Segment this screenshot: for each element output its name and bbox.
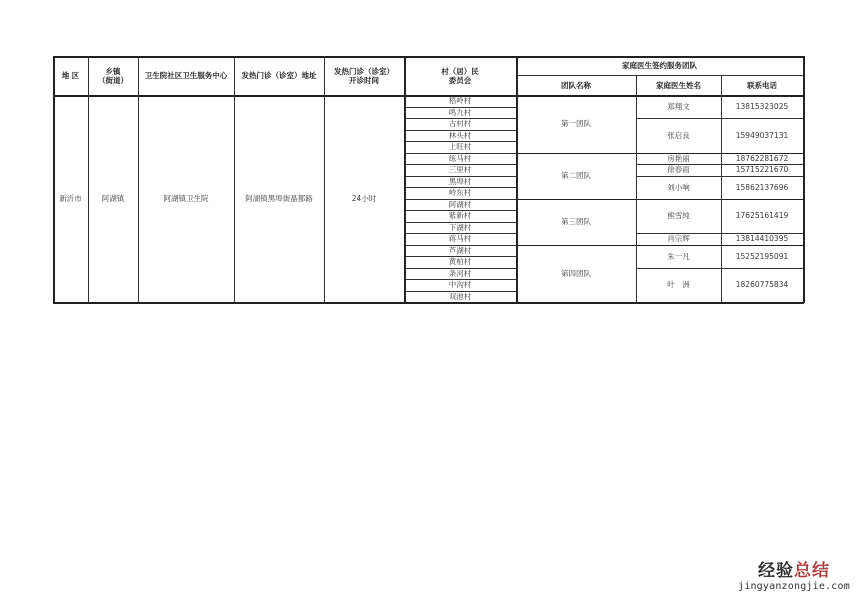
grid-line	[404, 187, 517, 188]
header-region: 地 区	[53, 56, 88, 95]
village-cell: 鸣九村	[404, 107, 516, 119]
header-team-name: 团队名称	[516, 75, 636, 95]
grid-line	[53, 302, 804, 304]
doctor-name-cell: 熊雪纯	[636, 199, 721, 234]
grid-line	[404, 153, 517, 154]
header-phone: 联系电话	[721, 75, 803, 95]
village-cell: 古村村	[404, 118, 516, 130]
doctor-phone-cell: 17625161419	[721, 199, 803, 234]
grid-line	[404, 291, 517, 292]
health-center-cell: 阿湖镇卫生院	[138, 95, 234, 302]
watermark: 经验总结 jingyanzongjie.com	[734, 561, 854, 592]
doctor-name-cell: 肖宗辉	[636, 233, 721, 245]
header-clinic-address: 发热门诊（诊室）地址	[234, 56, 324, 95]
header-health-center: 卫生院社区卫生服务中心	[138, 56, 234, 95]
team-name-cell: 第三团队	[516, 199, 636, 245]
doctor-phone-cell: 13814410395	[721, 233, 803, 245]
header-village: 村（居）民 委员会	[404, 56, 516, 95]
village-cell: 双池村	[404, 291, 516, 303]
grid-line	[53, 95, 804, 97]
grid-line	[404, 268, 517, 269]
doctor-phone-cell: 15949037131	[721, 118, 803, 153]
grid-line	[404, 107, 517, 108]
grid-line	[53, 56, 804, 58]
clinic-hours-cell: 24小时	[324, 95, 404, 302]
clinic-address-cell: 阿湖镇黑埠街晶都路	[234, 95, 324, 302]
village-cell: 阿湖村	[404, 199, 516, 211]
doctor-phone-cell: 15862137696	[721, 176, 803, 199]
header-team-group: 家庭医生签约服务团队	[516, 56, 803, 75]
doctor-phone-cell: 18762281672	[721, 153, 803, 165]
village-cell: 梧岭村	[404, 95, 516, 107]
doctor-phone-cell: 13815323025	[721, 95, 803, 118]
doctor-name-cell: 刘小响	[636, 176, 721, 199]
doctor-phone-cell: 15715221670	[721, 164, 803, 176]
grid-line	[636, 164, 804, 165]
team-name-cell: 第二团队	[516, 153, 636, 199]
grid-line	[53, 56, 55, 303]
header-doctor-name: 家庭医生姓名	[636, 75, 721, 95]
doctor-name-cell: 朱一凡	[636, 245, 721, 268]
village-cell: 紫新村	[404, 210, 516, 222]
watermark-title: 经验总结	[734, 561, 854, 581]
doctor-name-cell: 郑翔文	[636, 95, 721, 118]
grid-line	[404, 279, 517, 280]
village-cell: 黄柏村	[404, 256, 516, 268]
grid-line	[404, 176, 517, 177]
doctor-phone-cell: 15252195091	[721, 245, 803, 268]
village-cell: 条河村	[404, 268, 516, 280]
village-cell: 三里村	[404, 164, 516, 176]
village-cell: 黑埠村	[404, 176, 516, 188]
grid-line	[404, 210, 517, 211]
grid-line	[636, 176, 804, 177]
doctor-name-cell: 张启良	[636, 118, 721, 153]
grid-line	[803, 56, 805, 303]
village-cell: 上旺村	[404, 141, 516, 153]
village-cell: 中沟村	[404, 279, 516, 291]
grid-line	[404, 256, 517, 257]
grid-line	[516, 56, 518, 303]
grid-line	[404, 56, 406, 303]
service-team-table: 地 区乡镇 （街道）卫生院社区卫生服务中心发热门诊（诊室）地址发热门诊（诊室） …	[53, 56, 803, 302]
header-clinic-hours: 发热门诊（诊室） 开诊时间	[324, 56, 404, 95]
village-cell: 岭东村	[404, 187, 516, 199]
grid-line	[234, 56, 235, 303]
grid-line	[138, 56, 139, 303]
township-cell: 阿湖镇	[88, 95, 138, 302]
doctor-phone-cell: 18260775834	[721, 268, 803, 303]
village-cell: 练马村	[404, 153, 516, 165]
watermark-url: jingyanzongjie.com	[734, 581, 854, 592]
grid-line	[324, 56, 325, 303]
grid-line	[404, 164, 517, 165]
grid-line	[404, 199, 517, 200]
grid-line	[404, 118, 517, 119]
grid-line	[88, 56, 89, 303]
doctor-name-cell: 徐春雨	[636, 164, 721, 176]
grid-line	[636, 75, 637, 303]
village-cell: 林头村	[404, 130, 516, 142]
village-cell: 下湖村	[404, 222, 516, 234]
grid-line	[404, 245, 517, 246]
doctor-name-cell: 房艳丽	[636, 153, 721, 165]
grid-line	[516, 75, 804, 76]
grid-line	[636, 118, 804, 119]
grid-line	[404, 222, 517, 223]
doctor-name-cell: 叶 洲	[636, 268, 721, 303]
header-township: 乡镇 （街道）	[88, 56, 138, 95]
village-cell: 蒋马村	[404, 233, 516, 245]
team-name-cell: 第一团队	[516, 95, 636, 153]
region-cell: 新沂市	[53, 95, 88, 302]
grid-line	[636, 233, 804, 234]
grid-line	[404, 233, 517, 234]
village-cell: 芦湖村	[404, 245, 516, 257]
grid-line	[636, 268, 804, 269]
team-name-cell: 第四团队	[516, 245, 636, 303]
grid-line	[404, 141, 517, 142]
grid-line	[721, 75, 722, 303]
grid-line	[404, 130, 517, 131]
